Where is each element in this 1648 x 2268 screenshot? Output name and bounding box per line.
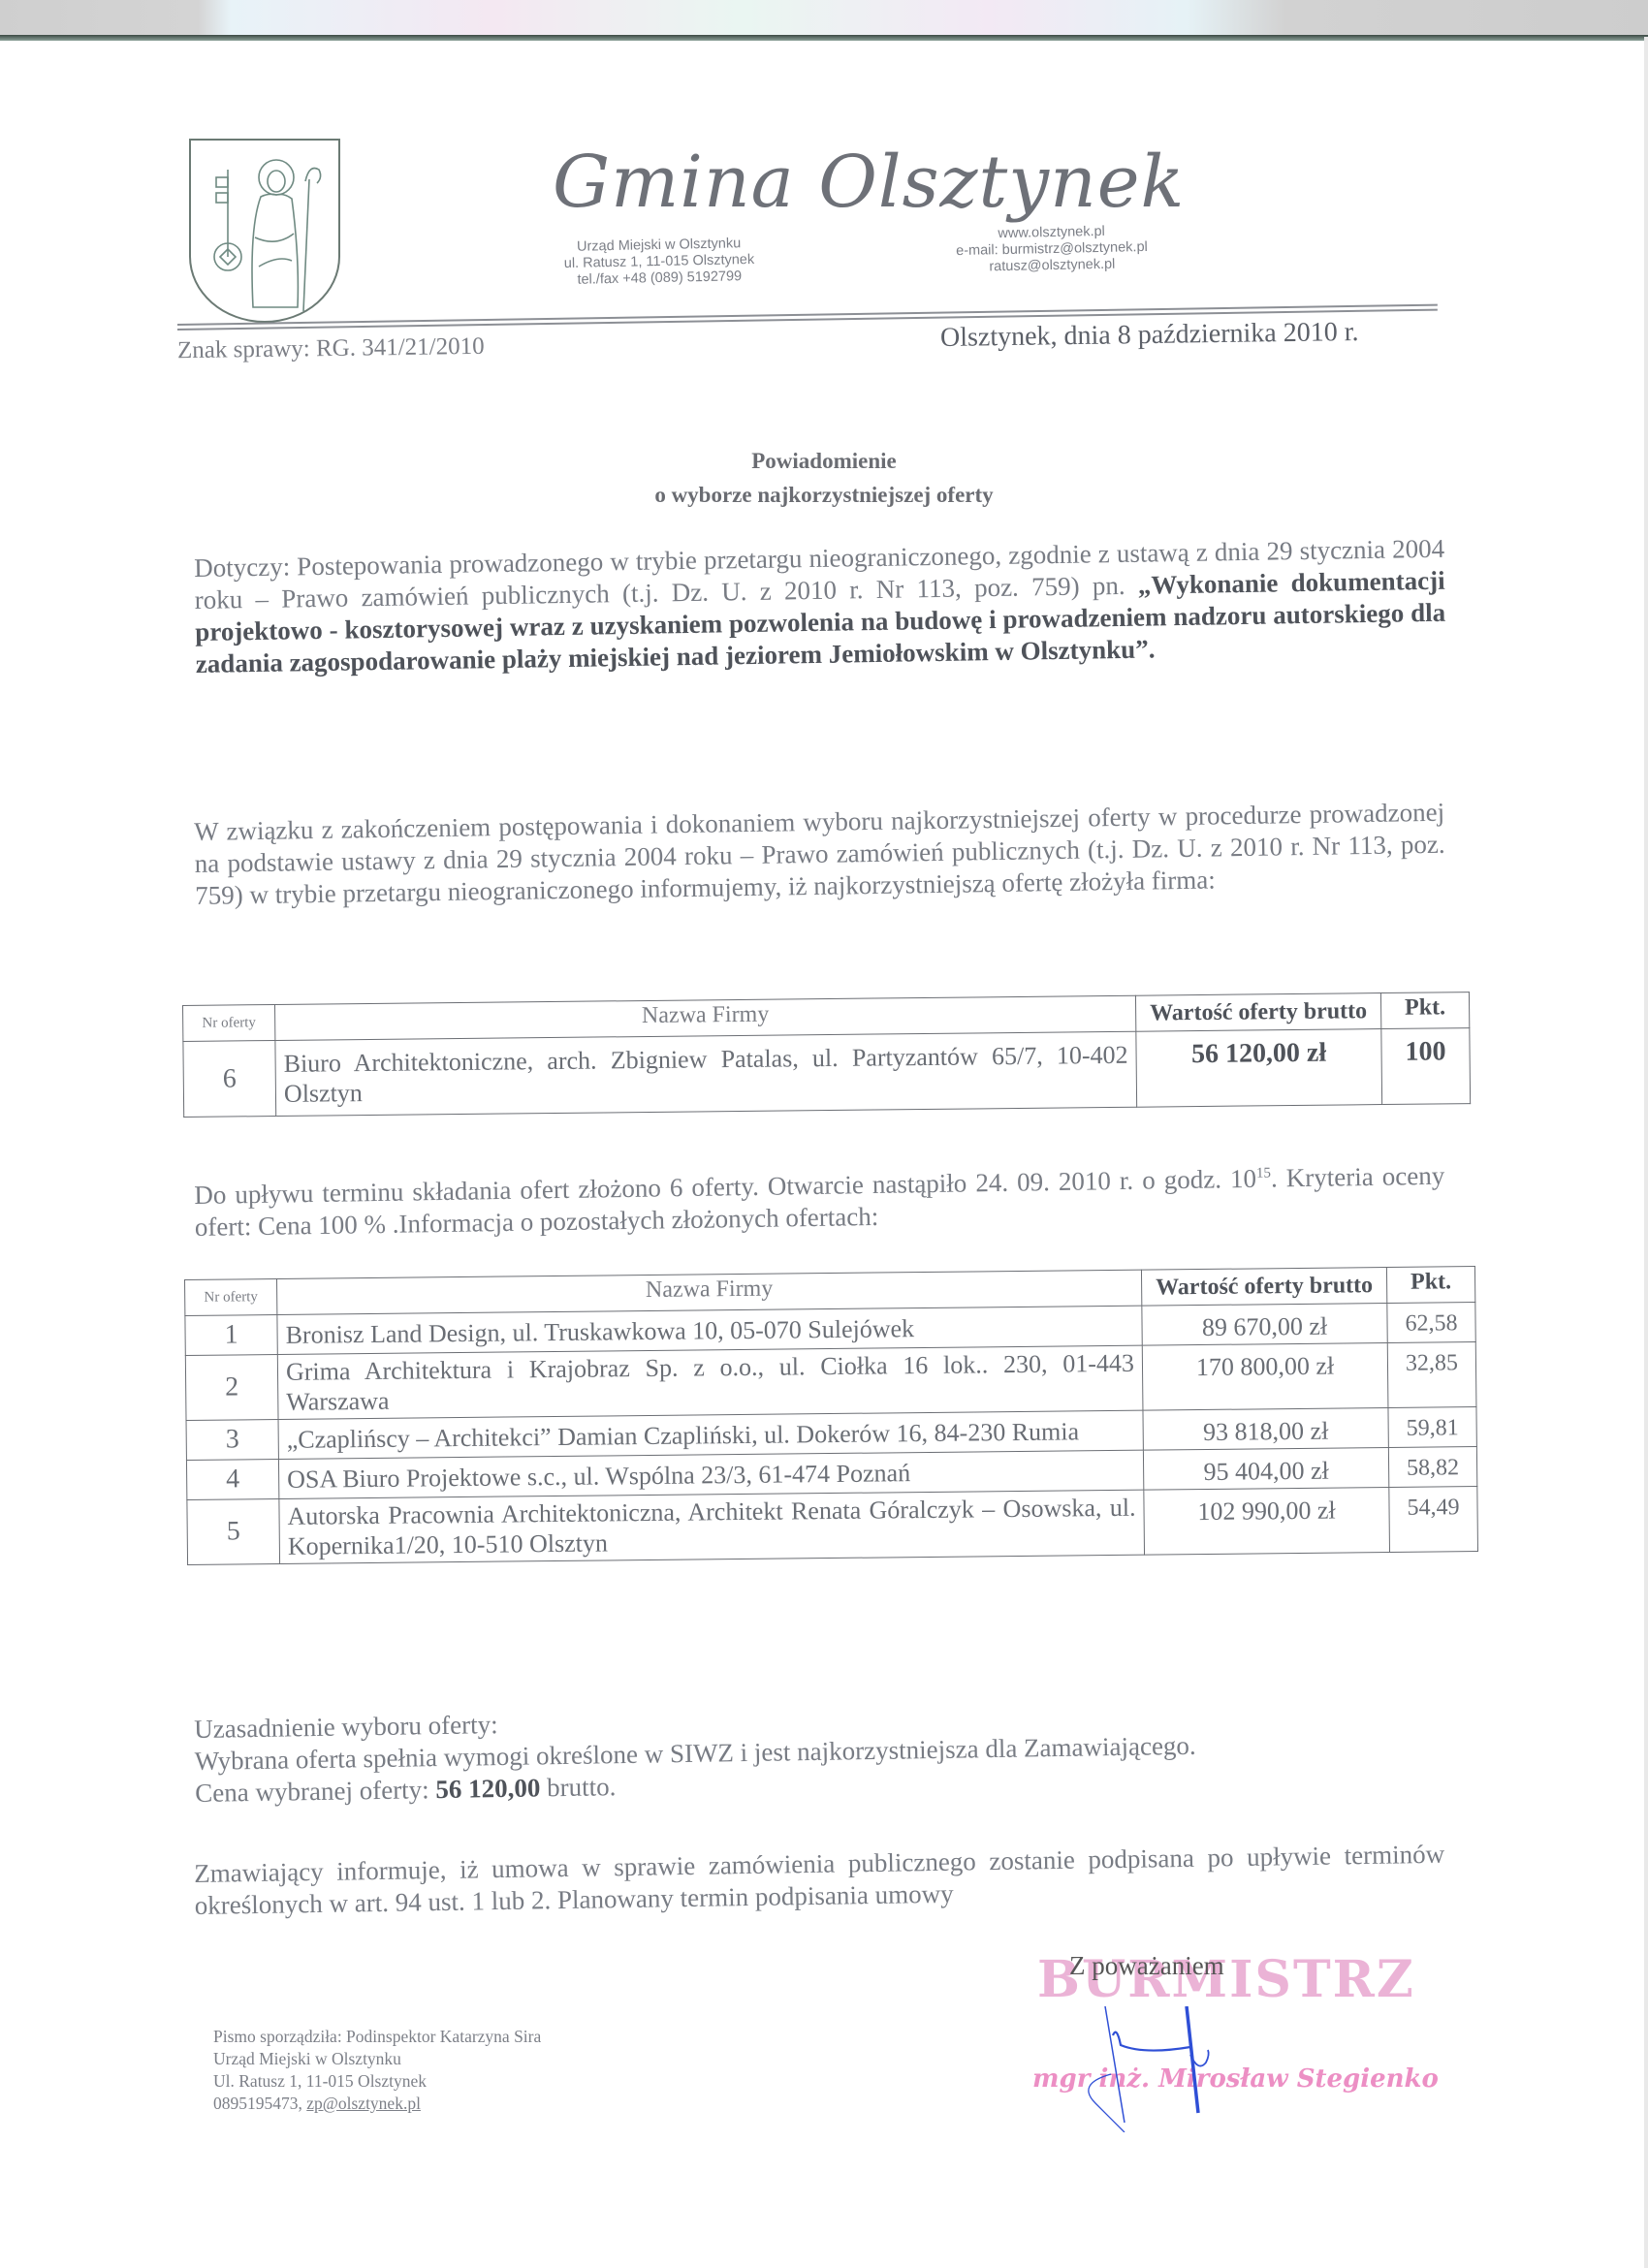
- scan-edge-top: [0, 0, 1648, 37]
- offer-value: 93 818,00 zł: [1143, 1408, 1388, 1451]
- letter-date: Olsztynek, dnia 8 października 2010 r.: [940, 317, 1359, 354]
- office-contact: www.olsztynek.pl e-mail: burmistrz@olszt…: [901, 222, 1202, 277]
- winning-offer-table: Nr oferty Nazwa Firmy Wartość oferty bru…: [182, 992, 1471, 1118]
- offer-company: Biuro Architektoniczne, arch. Zbigniew P…: [275, 1031, 1137, 1116]
- contract-info-paragraph: Zmawiający informuje, iż umowa w sprawie…: [194, 1839, 1445, 1922]
- selected-price-value: 56 120,00: [435, 1773, 540, 1804]
- offer-value: 102 990,00 zł: [1144, 1487, 1390, 1555]
- selected-price-label: Cena wybranej oferty:: [195, 1775, 429, 1808]
- prepared-by-email-link[interactable]: zp@olsztynek.pl: [306, 2094, 421, 2113]
- announcement-paragraph: W związku z zakończeniem postępowania i …: [194, 797, 1445, 912]
- case-reference: Znak sprawy: RG. 341/21/2010: [177, 333, 485, 364]
- table-row: 6 Biuro Architektoniczne, arch. Zbigniew…: [183, 1028, 1471, 1118]
- col-header-points: Pkt.: [1386, 1267, 1474, 1304]
- municipality-title: Gmina Olsztynek: [553, 141, 1185, 224]
- col-header-nr: Nr oferty: [183, 1004, 275, 1041]
- prepared-by-author: Pismo sporządziła: Podinspektor Katarzyn…: [213, 2026, 541, 2048]
- offer-nr: 3: [186, 1419, 278, 1460]
- offer-points: 62,58: [1387, 1303, 1475, 1343]
- handwritten-signature-icon: [1086, 2006, 1280, 2132]
- summary-time-minutes: 15: [1256, 1166, 1271, 1181]
- offer-value: 170 800,00 zł: [1142, 1343, 1388, 1411]
- summary-paragraph: Do upływu terminu składania ofert złożon…: [194, 1155, 1445, 1244]
- subject-paragraph: Dotyczy: Postepowania prowadzonego w try…: [194, 533, 1446, 680]
- col-header-value: Wartość oferty brutto: [1135, 993, 1380, 1032]
- coat-of-arms-icon: [189, 139, 340, 323]
- col-header-points: Pkt.: [1380, 992, 1469, 1029]
- offer-nr: 2: [185, 1354, 278, 1420]
- offer-nr: 6: [183, 1040, 276, 1117]
- prepared-by-address: Ul. Ratusz 1, 11-015 Olsztynek: [213, 2070, 541, 2093]
- prepared-by-block: Pismo sporządziła: Podinspektor Katarzyn…: [213, 2026, 541, 2115]
- other-offers-table: Nr oferty Nazwa Firmy Wartość oferty bru…: [184, 1266, 1478, 1565]
- offer-points: 54,49: [1389, 1487, 1478, 1553]
- offer-nr: 5: [187, 1498, 280, 1564]
- offer-points: 100: [1381, 1028, 1471, 1105]
- document-title: Powiadomienie: [0, 449, 1648, 474]
- offer-company: Autorska Pracownia Architektoniczna, Arc…: [279, 1490, 1145, 1563]
- table-row: 5Autorska Pracownia Architektoniczna, Ar…: [187, 1487, 1478, 1565]
- justification-block: Uzasadnienie wyboru oferty: Wybrana ofer…: [194, 1694, 1445, 1810]
- offer-nr: 4: [186, 1459, 278, 1499]
- prepared-by-office: Urząd Miejski w Olsztynku: [213, 2048, 541, 2070]
- offer-value: 95 404,00 zł: [1143, 1447, 1388, 1490]
- col-header-nr: Nr oferty: [185, 1278, 277, 1315]
- scan-edge-right: [1644, 37, 1648, 2268]
- offer-value: 56 120,00 zł: [1136, 1029, 1382, 1108]
- closing-regards: Z poważaniem: [1069, 1951, 1224, 1981]
- selected-price-suffix: brutto.: [547, 1772, 617, 1802]
- offer-points: 58,82: [1388, 1447, 1476, 1488]
- scan-edge-shadow: [0, 35, 1648, 41]
- offer-value: 89 670,00 zł: [1142, 1304, 1387, 1346]
- document-subtitle: o wyborze najkorzystniejszej oferty: [0, 483, 1648, 508]
- offer-points: 59,81: [1388, 1407, 1476, 1448]
- col-header-value: Wartość oferty brutto: [1141, 1268, 1386, 1307]
- offer-company: Grima Architektura i Krajobraz Sp. z o.o…: [277, 1345, 1143, 1419]
- prepared-by-contact: 0895195473, zp@olsztynek.pl: [213, 2093, 541, 2115]
- office-address: Urząd Miejski w Olsztynku ul. Ratusz 1, …: [523, 235, 795, 290]
- summary-text: Do upływu terminu składania ofert złożon…: [194, 1164, 1256, 1210]
- offer-nr: 1: [185, 1314, 277, 1355]
- offer-points: 32,85: [1387, 1342, 1476, 1408]
- prepared-by-phone: 0895195473,: [213, 2094, 302, 2113]
